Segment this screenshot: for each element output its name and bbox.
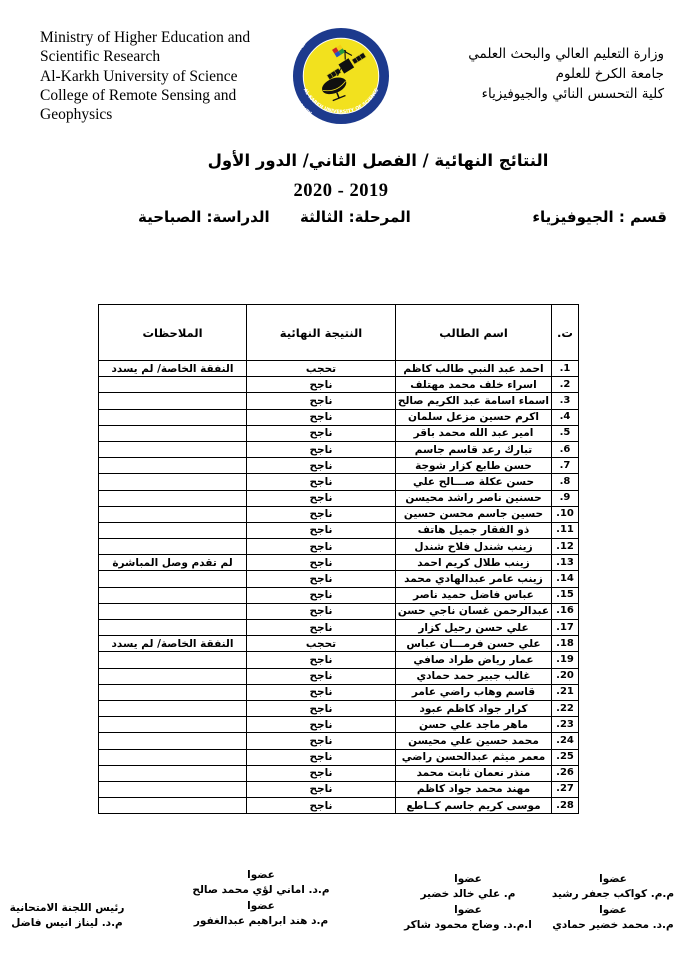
ministry-line: Al-Karkh University of Science xyxy=(40,67,292,86)
cell-notes xyxy=(99,490,247,506)
signature-block-member-2: عضوا م. علي خالد خضير عضوا ا.م.د. وضاح م… xyxy=(388,872,548,933)
cell-notes xyxy=(99,652,247,668)
table-row: 12.زينب شندل فلاح شندلناجح xyxy=(99,539,579,555)
cell-notes xyxy=(99,506,247,522)
university-logo-icon: جامعة الكرخ للعلوم REMOTE SENSING & GEOP… xyxy=(292,26,390,126)
cell-name: اسراء خلف محمد مهتلف xyxy=(396,377,552,393)
signature-name: ا.م.د. وضاح محمود شاكر xyxy=(388,918,548,933)
cell-no: 7. xyxy=(552,458,579,474)
table-row: 28.موسى كريم جاسم كــاطعناجح xyxy=(99,798,579,814)
cell-result: ناجح xyxy=(247,555,396,571)
table-row: 24.محمد حسين علي محيسنناجح xyxy=(99,733,579,749)
cell-no: 8. xyxy=(552,474,579,490)
cell-result: ناجح xyxy=(247,668,396,684)
cell-notes xyxy=(99,409,247,425)
cell-name: زينب شندل فلاح شندل xyxy=(396,539,552,555)
ministry-line: College of Remote Sensing and xyxy=(40,86,292,105)
table-row: 25.معمر ميثم عبدالحسن راضيناجح xyxy=(99,749,579,765)
cell-result: ناجح xyxy=(247,717,396,733)
table-row: 13.زينب طلال كريم احمدناجحلم تقدم وصل ال… xyxy=(99,555,579,571)
cell-result: ناجح xyxy=(247,522,396,538)
cell-name: امير عبد الله محمد باقر xyxy=(396,425,552,441)
table-row: 21.قاسم وهاب راضي عامرناجح xyxy=(99,684,579,700)
signature-name: م.د هند ابراهيم عبدالغفور xyxy=(181,914,341,929)
cell-no: 18. xyxy=(552,636,579,652)
ministry-text-ar: وزارة التعليم العالي والبحث العلمي جامعة… xyxy=(424,44,664,104)
cell-no: 22. xyxy=(552,700,579,716)
cell-name: ذو الفقار جميل هاتف xyxy=(396,522,552,538)
cell-result: ناجح xyxy=(247,620,396,636)
cell-name: محمد حسين علي محيسن xyxy=(396,733,552,749)
cell-result: ناجح xyxy=(247,571,396,587)
cell-no: 2. xyxy=(552,377,579,393)
cell-notes: النفقة الخاصة/ لم يسدد xyxy=(99,361,247,377)
cell-result: ناجح xyxy=(247,733,396,749)
table-row: 1.احمد عبد النبي طالب كاظمتحجبالنفقة الخ… xyxy=(99,361,579,377)
results-table: ت. اسم الطالب النتيجة النهائية الملاحظات… xyxy=(98,304,579,814)
cell-name: معمر ميثم عبدالحسن راضي xyxy=(396,749,552,765)
cell-notes xyxy=(99,474,247,490)
cell-notes xyxy=(99,717,247,733)
ministry-line-ar: وزارة التعليم العالي والبحث العلمي xyxy=(424,44,664,64)
cell-result: ناجح xyxy=(247,781,396,797)
ministry-line: Geophysics xyxy=(40,105,292,124)
ministry-line-ar: جامعة الكرخ للعلوم xyxy=(424,64,664,84)
table-row: 27.مهند محمد جواد كاظمناجح xyxy=(99,781,579,797)
cell-result: ناجح xyxy=(247,474,396,490)
cell-name: عمار رياض طراد صافي xyxy=(396,652,552,668)
ministry-line: Scientific Research xyxy=(40,47,292,66)
cell-no: 4. xyxy=(552,409,579,425)
table-row: 26.منذر نعمان ثابت محمدناجح xyxy=(99,765,579,781)
table-row: 11.ذو الفقار جميل هاتفناجح xyxy=(99,522,579,538)
signature-role: رئيس اللجنة الامتحانية xyxy=(6,901,128,916)
cell-name: ماهر ماجد علي حسن xyxy=(396,717,552,733)
cell-no: 28. xyxy=(552,798,579,814)
cell-result: ناجح xyxy=(247,409,396,425)
cell-notes: لم تقدم وصل المباشرة xyxy=(99,555,247,571)
cell-no: 6. xyxy=(552,441,579,457)
cell-result: ناجح xyxy=(247,506,396,522)
signature-role: عضوا xyxy=(538,872,678,887)
cell-notes xyxy=(99,539,247,555)
table-row: 14.زينب عامر عبدالهادي محمدناجح xyxy=(99,571,579,587)
cell-notes xyxy=(99,377,247,393)
cell-notes xyxy=(99,522,247,538)
cell-name: عبدالرحمن غسان ناجي حسن xyxy=(396,603,552,619)
table-row: 20.غالب جبير حمد حماديناجح xyxy=(99,668,579,684)
cell-no: 1. xyxy=(552,361,579,377)
table-row: 10.حسين جاسم محسن حسينناجح xyxy=(99,506,579,522)
cell-no: 16. xyxy=(552,603,579,619)
table-row: 5.امير عبد الله محمد باقرناجح xyxy=(99,425,579,441)
cell-result: ناجح xyxy=(247,458,396,474)
cell-name: قاسم وهاب راضي عامر xyxy=(396,684,552,700)
header-name: اسم الطالب xyxy=(396,305,552,361)
signature-role: عضوا xyxy=(388,903,548,918)
signature-role: عضوا xyxy=(181,899,341,914)
cell-notes xyxy=(99,765,247,781)
table-row: 6.تبارك رعد قاسم جاسمناجح xyxy=(99,441,579,457)
cell-notes xyxy=(99,684,247,700)
table-row: 8.حسن عكلة صـــالح عليناجح xyxy=(99,474,579,490)
header-result: النتيجة النهائية xyxy=(247,305,396,361)
signature-block-member-3: عضوا م.د. اماني لؤي محمد صالح عضوا م.د ه… xyxy=(181,868,341,929)
cell-no: 24. xyxy=(552,733,579,749)
cell-result: ناجح xyxy=(247,798,396,814)
cell-result: تحجب xyxy=(247,361,396,377)
cell-result: ناجح xyxy=(247,603,396,619)
table-row: 4.اكرم حسين مزعل سلمانناجح xyxy=(99,409,579,425)
cell-name: زينب طلال كريم احمد xyxy=(396,555,552,571)
table-row: 9.حسنين ناصر راشد محيسنناجح xyxy=(99,490,579,506)
cell-result: تحجب xyxy=(247,636,396,652)
cell-no: 17. xyxy=(552,620,579,636)
cell-no: 20. xyxy=(552,668,579,684)
cell-no: 12. xyxy=(552,539,579,555)
department-label: قسم : الجيوفيزياء xyxy=(532,208,667,226)
cell-notes xyxy=(99,781,247,797)
cell-notes xyxy=(99,571,247,587)
signature-block-member-1: عضوا م.م. كواكب جعفر رشيد عضوا م.د. محمد… xyxy=(538,872,678,933)
cell-name: موسى كريم جاسم كــاطع xyxy=(396,798,552,814)
cell-no: 10. xyxy=(552,506,579,522)
signature-name: م.د. اماني لؤي محمد صالح xyxy=(181,883,341,898)
ministry-text-en: Ministry of Higher Education and Scienti… xyxy=(40,28,292,124)
cell-result: ناجح xyxy=(247,684,396,700)
cell-result: ناجح xyxy=(247,441,396,457)
cell-result: ناجح xyxy=(247,425,396,441)
cell-notes xyxy=(99,587,247,603)
title-info-row: قسم : الجيوفيزياء المرحلة: الثالثة الدرا… xyxy=(0,208,678,232)
signature-name: م.د. ليناز انيس فاضل xyxy=(6,916,128,931)
cell-notes xyxy=(99,425,247,441)
cell-notes: النفقة الخاصة/ لم يسدد xyxy=(99,636,247,652)
table-row: 18.علي حسن فرمـــان عباستحجبالنفقة الخاص… xyxy=(99,636,579,652)
cell-result: ناجح xyxy=(247,377,396,393)
cell-name: عباس فاضل حميد ناصر xyxy=(396,587,552,603)
table-header-row: ت. اسم الطالب النتيجة النهائية الملاحظات xyxy=(99,305,579,361)
table-row: 7.حسن طابع كزار شوجةناجح xyxy=(99,458,579,474)
table-row: 3.اسماء اسامة عبد الكريم صالحناجح xyxy=(99,393,579,409)
cell-no: 23. xyxy=(552,717,579,733)
results-table-body: 1.احمد عبد النبي طالب كاظمتحجبالنفقة الخ… xyxy=(99,361,579,814)
cell-result: ناجح xyxy=(247,393,396,409)
cell-notes xyxy=(99,620,247,636)
cell-notes xyxy=(99,393,247,409)
cell-no: 19. xyxy=(552,652,579,668)
cell-no: 5. xyxy=(552,425,579,441)
header-no: ت. xyxy=(552,305,579,361)
cell-no: 25. xyxy=(552,749,579,765)
cell-no: 26. xyxy=(552,765,579,781)
cell-notes xyxy=(99,749,247,765)
cell-result: ناجح xyxy=(247,587,396,603)
cell-result: ناجح xyxy=(247,490,396,506)
page-title: النتائج النهائية / الفصل الثاني/ الدور ا… xyxy=(98,151,658,170)
cell-notes xyxy=(99,700,247,716)
cell-notes xyxy=(99,798,247,814)
cell-result: ناجح xyxy=(247,749,396,765)
cell-name: حسين جاسم محسن حسين xyxy=(396,506,552,522)
signature-name: م.م. كواكب جعفر رشيد xyxy=(538,887,678,902)
academic-year: 2020 - 2019 xyxy=(241,181,441,202)
cell-name: زينب عامر عبدالهادي محمد xyxy=(396,571,552,587)
cell-no: 21. xyxy=(552,684,579,700)
cell-notes xyxy=(99,458,247,474)
table-row: 16.عبدالرحمن غسان ناجي حسنناجح xyxy=(99,603,579,619)
signature-role: عضوا xyxy=(181,868,341,883)
document: Ministry of Higher Education and Scienti… xyxy=(0,0,678,960)
cell-result: ناجح xyxy=(247,765,396,781)
cell-name: علي حسن رحيل كزار xyxy=(396,620,552,636)
cell-name: علي حسن فرمـــان عباس xyxy=(396,636,552,652)
header-notes: الملاحظات xyxy=(99,305,247,361)
cell-name: مهند محمد جواد كاظم xyxy=(396,781,552,797)
stage-label: المرحلة: الثالثة xyxy=(300,208,411,226)
cell-result: ناجح xyxy=(247,700,396,716)
table-row: 19.عمار رياض طراد صافيناجح xyxy=(99,652,579,668)
cell-name: احمد عبد النبي طالب كاظم xyxy=(396,361,552,377)
cell-notes xyxy=(99,603,247,619)
cell-result: ناجح xyxy=(247,539,396,555)
cell-name: غالب جبير حمد حمادي xyxy=(396,668,552,684)
ministry-line-ar: كلية التحسس النائي والجيوفيزياء xyxy=(424,84,664,104)
signature-block-chairman: رئيس اللجنة الامتحانية م.د. ليناز انيس ف… xyxy=(6,901,128,932)
cell-name: كرار جواد كاظم عبود xyxy=(396,700,552,716)
cell-no: 3. xyxy=(552,393,579,409)
cell-no: 14. xyxy=(552,571,579,587)
table-row: 2.اسراء خلف محمد مهتلفناجح xyxy=(99,377,579,393)
table-row: 22.كرار جواد كاظم عبودناجح xyxy=(99,700,579,716)
cell-notes xyxy=(99,441,247,457)
cell-no: 27. xyxy=(552,781,579,797)
cell-name: حسن طابع كزار شوجة xyxy=(396,458,552,474)
cell-result: ناجح xyxy=(247,652,396,668)
cell-notes xyxy=(99,733,247,749)
cell-name: منذر نعمان ثابت محمد xyxy=(396,765,552,781)
cell-no: 13. xyxy=(552,555,579,571)
cell-no: 15. xyxy=(552,587,579,603)
cell-notes xyxy=(99,668,247,684)
cell-name: اكرم حسين مزعل سلمان xyxy=(396,409,552,425)
cell-no: 11. xyxy=(552,522,579,538)
signature-name: م.د. محمد خضير حمادي xyxy=(538,918,678,933)
cell-name: اسماء اسامة عبد الكريم صالح xyxy=(396,393,552,409)
study-label: الدراسة: الصباحية xyxy=(138,208,270,226)
table-row: 15.عباس فاضل حميد ناصرناجح xyxy=(99,587,579,603)
signature-role: عضوا xyxy=(538,903,678,918)
cell-name: حسن عكلة صـــالح علي xyxy=(396,474,552,490)
cell-no: 9. xyxy=(552,490,579,506)
table-row: 17.علي حسن رحيل كزارناجح xyxy=(99,620,579,636)
signature-name: م. علي خالد خضير xyxy=(388,887,548,902)
cell-name: تبارك رعد قاسم جاسم xyxy=(396,441,552,457)
ministry-line: Ministry of Higher Education and xyxy=(40,28,292,47)
signature-role: عضوا xyxy=(388,872,548,887)
cell-name: حسنين ناصر راشد محيسن xyxy=(396,490,552,506)
table-row: 23.ماهر ماجد علي حسنناجح xyxy=(99,717,579,733)
